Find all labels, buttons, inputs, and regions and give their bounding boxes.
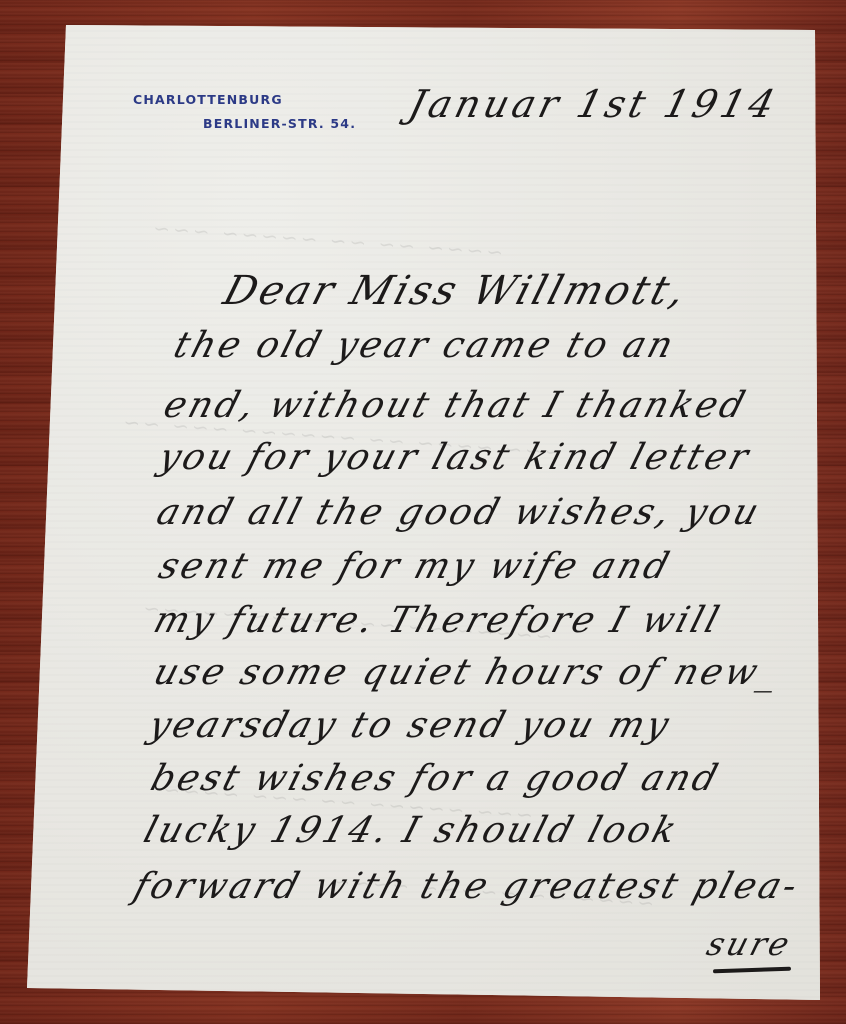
- letterhead-street: BERLINER-STR. 54.: [203, 116, 356, 131]
- body-line-2: end, without that I thanked: [159, 385, 752, 426]
- body-line-6: my future. Therefore I will: [149, 600, 726, 641]
- body-line-3: you for your last kind letter: [154, 437, 756, 478]
- body-line-12: sure: [703, 925, 797, 963]
- letter-paper: ~~~~ ~~ ~~ ~~~~~ ~~~ ~~~ ~~~~ ~~ ~~~~~~ …: [0, 0, 846, 1024]
- body-line-5: sent me for my wife and: [154, 546, 676, 587]
- body-line-7: use some quiet hours of new_: [149, 652, 786, 693]
- letterhead-city: CHARLOTTENBURG: [133, 92, 283, 107]
- letter-date: Januar 1st 1914: [405, 82, 783, 126]
- body-line-10: lucky 1914. I should look: [139, 810, 684, 851]
- body-line-4: and all the good wishes, you: [152, 492, 766, 533]
- body-line-9: best wishes for a good and: [146, 758, 725, 799]
- salutation: Dear Miss Willmott,: [218, 268, 693, 314]
- bleed-through-text: ~~~~ ~~ ~~ ~~~~~ ~~~: [150, 216, 504, 265]
- body-line-11: forward with the greatest plea-: [129, 866, 804, 907]
- body-line-1: the old year came to an: [169, 325, 680, 366]
- closing-underline: [713, 967, 791, 974]
- body-line-8: yearsday to send you my: [144, 705, 676, 746]
